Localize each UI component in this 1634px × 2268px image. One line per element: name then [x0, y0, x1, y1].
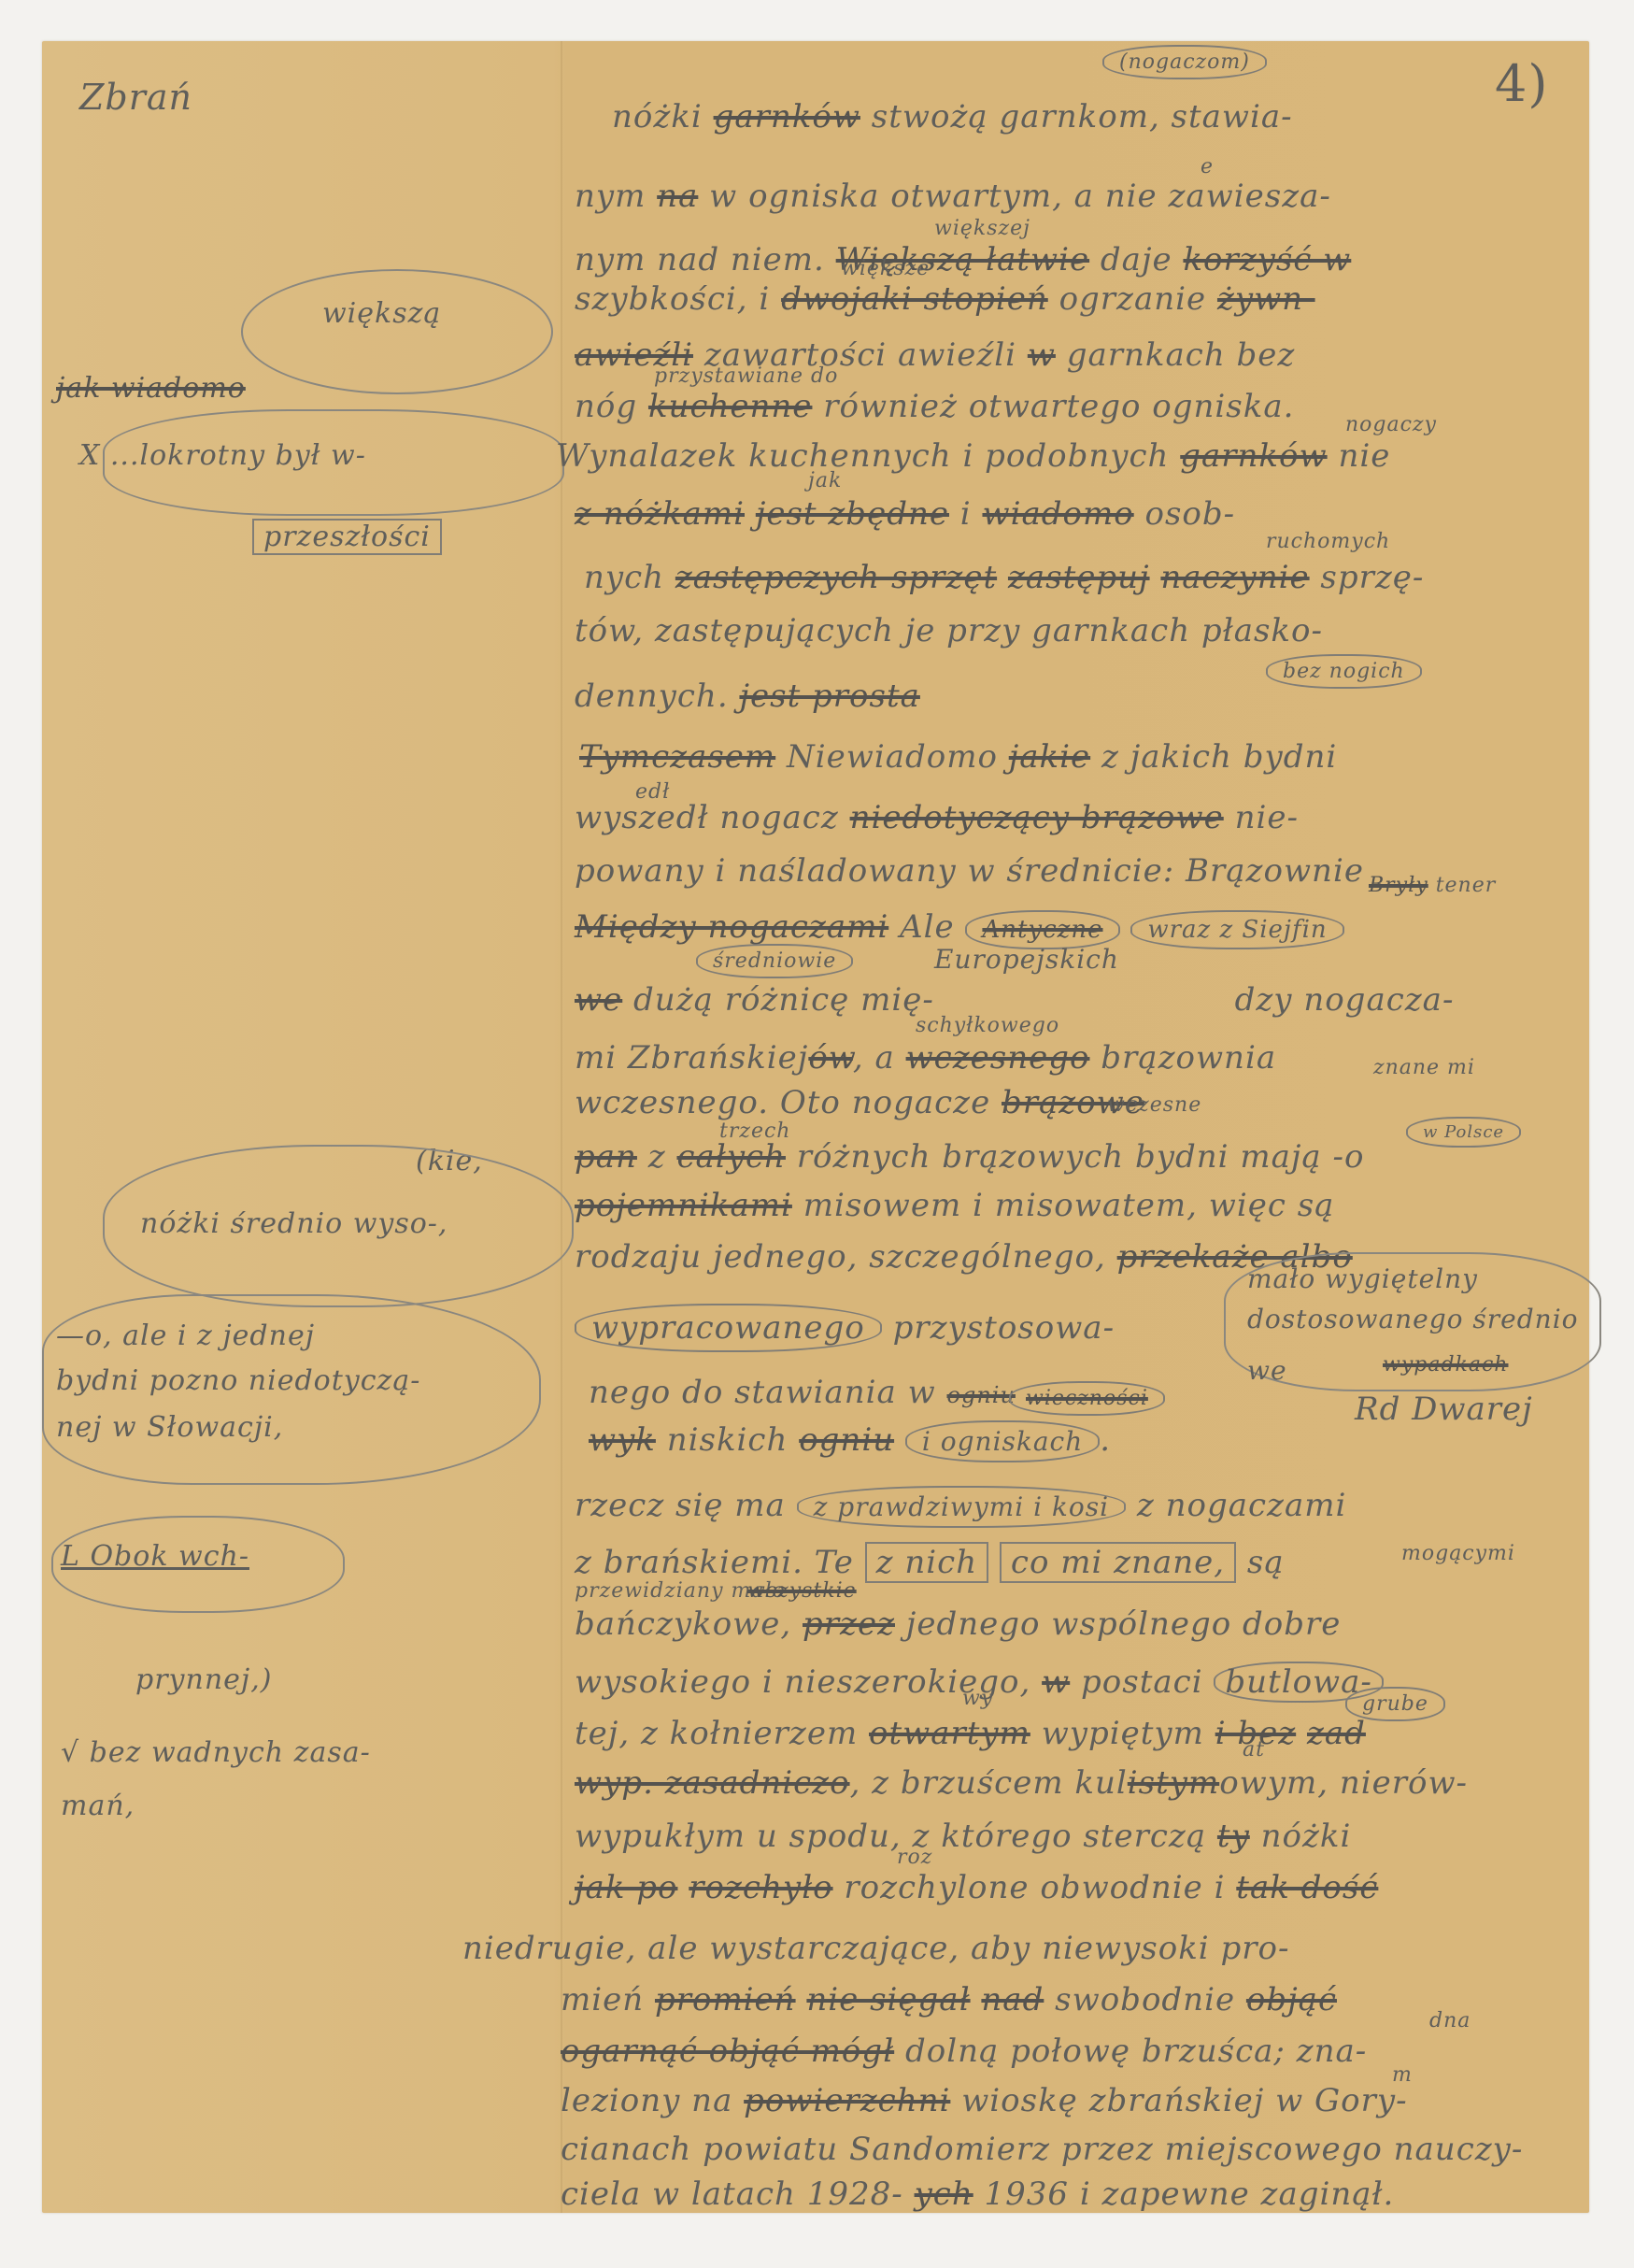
struck-word: istym: [1128, 1764, 1219, 1802]
word: nego do stawiania w: [589, 1374, 936, 1411]
struck-word: w: [1042, 1663, 1070, 1701]
boxed-word: co mi znane,: [1000, 1542, 1236, 1583]
struck-word: korzyść w: [1183, 241, 1351, 278]
struck-word: zastępuj: [1008, 559, 1150, 596]
struck-word: wyk: [589, 1421, 656, 1459]
word: leziony na: [561, 2082, 732, 2119]
text-line: pojemnikami misowem i misowatem, więc są: [575, 1187, 1334, 1224]
struck-insertion: wszystkie: [747, 1579, 857, 1603]
margin-note: —o, ale i z jednej: [56, 1319, 315, 1352]
struck-word: wiadomo: [982, 495, 1133, 533]
text-line: ogarnąć objąć mógł dolną połowę brzuśca;…: [561, 2033, 1367, 2070]
circled-word: wypracowanego: [575, 1304, 882, 1352]
circled-struck-word: wieczności: [1009, 1381, 1165, 1416]
word: Ale: [900, 908, 955, 946]
word: dolną połowę brzuśca; zna-: [905, 2033, 1367, 2070]
text-line: rodzaju jednego, szczególnego, przekaże …: [575, 1238, 1353, 1276]
word: są: [1247, 1544, 1285, 1581]
word: dużą różnicę mię-: [633, 981, 934, 1019]
text-line: mi Zbrańskiejów, a wczesnego brązownia: [575, 1039, 1276, 1077]
word: nóżki: [1261, 1818, 1352, 1855]
text-line: wczesnego. Oto nogacze brązowe: [575, 1084, 1144, 1121]
word: nie: [1338, 437, 1390, 475]
insertion: w Polsce: [1406, 1117, 1521, 1148]
text-line: ciela w latach 1928- ych 1936 i zapewne …: [561, 2175, 1394, 2213]
text-line: wypukłym u spodu, z którego sterczą ty n…: [575, 1818, 1351, 1855]
struck-word: garnków: [714, 98, 860, 136]
page-number: 4): [1495, 54, 1548, 113]
struck-word: garnków: [1180, 437, 1327, 475]
struck-word: nie sięgał: [806, 1981, 970, 2018]
insertion: większe: [841, 257, 930, 280]
text-line: Tymczasem Niewiadomo jakie z jakich bydn…: [579, 738, 1337, 776]
text-line: we dużą różnicę mię- dzy nogacza-: [575, 981, 1454, 1019]
insertion: nogaczy: [1345, 413, 1437, 436]
word: nóg: [575, 388, 637, 425]
insertion: dostosowanego średnio: [1247, 1304, 1579, 1334]
insertion: Europejskich: [934, 944, 1119, 975]
word: nych: [584, 559, 664, 596]
margin-heading: Zbrań: [79, 77, 192, 118]
text-line: mień promień nie sięgał nad swobodnie ob…: [561, 1981, 1337, 2018]
word: i misowatem,: [973, 1187, 1198, 1224]
struck-word: Tymczasem: [579, 738, 775, 776]
word: niskich: [667, 1421, 789, 1459]
word: .: [1100, 1421, 1111, 1459]
struck-word: tak dość: [1236, 1869, 1378, 1906]
struck-word: ów: [808, 1039, 853, 1077]
struck-word: nad: [981, 1981, 1044, 2018]
struck-word: na: [657, 178, 698, 215]
struck-word: pan: [575, 1138, 637, 1176]
insertion: we: [1247, 1355, 1287, 1386]
text-line: szybkości, i dwojaki stopień ogrzanie ży…: [575, 280, 1315, 318]
insertion: znane mi: [1373, 1056, 1475, 1079]
margin-note: X ...lokrotny był w-: [79, 439, 366, 472]
word: mień: [561, 1981, 644, 2018]
insertion: ruchomych: [1266, 530, 1390, 553]
struck-word: ogniu: [799, 1421, 894, 1459]
struck-word: we: [575, 981, 622, 1019]
circled-word: z prawdziwymi i kosi: [797, 1486, 1126, 1528]
word: tener: [1436, 874, 1497, 897]
word: nym: [575, 178, 646, 215]
word: wyszedł nogacz: [575, 799, 839, 836]
text-line: nego do stawiania w ogniu: [589, 1374, 1016, 1411]
word: postaci: [1081, 1663, 1203, 1701]
insertion: jak: [808, 469, 842, 492]
circled-word: i ogniskach: [905, 1420, 1100, 1462]
struck-word: Między nogaczami: [575, 908, 888, 946]
word: misowem: [803, 1187, 962, 1224]
word: również otwartego ogniska.: [823, 388, 1294, 425]
word: 1936 i zapewne zaginął.: [985, 2175, 1395, 2213]
text-line: pan z całych różnych brązowych bydni maj…: [575, 1138, 1364, 1176]
word: ciela w latach 1928-: [561, 2175, 903, 2213]
struck-word: żywn-: [1217, 280, 1315, 318]
margin-note: nej w Słowacji,: [56, 1411, 283, 1444]
insertion: roz: [897, 1846, 932, 1869]
text-line: Wynalazek kuchennych i podobnych garnków…: [556, 437, 1390, 475]
insertion: (nogaczom): [1102, 45, 1267, 79]
text-line: leziony na powierzchni wioskę zbrańskiej…: [561, 2082, 1408, 2119]
circled-word: wraz z Siejfin: [1130, 910, 1343, 949]
struck-word: otwartym: [869, 1715, 1030, 1752]
word: rozchylone obwodnie i: [844, 1869, 1225, 1906]
struck-insertion: wypadkach: [1383, 1353, 1508, 1376]
text-line: niedrugie, ale wystarczające, aby niewys…: [462, 1930, 1289, 1967]
word: mi Zbrańskiej: [575, 1039, 808, 1077]
text-line: nym na w ogniska otwartym, a nie zawiesz…: [575, 178, 1331, 215]
text-line: nym nad niem. Większą łatwie daje korzyś…: [575, 241, 1351, 278]
word: jednego wspólnego dobre: [906, 1605, 1342, 1643]
struck-word: ogarnąć objąć mógł: [561, 2033, 894, 2070]
struck-word: zastępczych sprzęt: [675, 559, 997, 596]
text-line: rzecz się ma z prawdziwymi i kosi z noga…: [575, 1486, 1346, 1528]
insertion: średniowie: [696, 944, 853, 978]
margin-bubble-outline: [241, 269, 553, 394]
word: przystosowa-: [893, 1309, 1115, 1347]
word: nym nad niem.: [575, 241, 825, 278]
word: szybkości, i: [575, 280, 770, 318]
word: owym, nierów-: [1219, 1764, 1468, 1802]
margin-note: prynnej,): [135, 1663, 272, 1696]
word: i: [960, 495, 972, 533]
text-line: wyk niskich ogniu i ogniskach.: [589, 1420, 1111, 1462]
word: z: [648, 1138, 666, 1176]
margin-note-wiekszą: większą: [322, 297, 441, 330]
word: ogrzanie: [1059, 280, 1207, 318]
word: sprzę-: [1320, 559, 1424, 596]
struck-word: jakie: [1009, 738, 1090, 776]
text-line: cianach powiatu Sandomierz przez miejsco…: [561, 2131, 1523, 2168]
word: stwożą garnkom, stawia-: [872, 98, 1293, 136]
word: więc są: [1209, 1187, 1335, 1224]
insertion: e: [1201, 155, 1214, 178]
text-line: tów, zastępujących je przy garnkach płas…: [575, 612, 1323, 649]
struck-word: kuchenne: [648, 388, 812, 425]
struck-word: naczynie: [1160, 559, 1309, 596]
word: garnkach bez: [1067, 336, 1296, 374]
word: różnych brązowych bydni: [797, 1138, 1229, 1176]
word: wczesnego. Oto nogacze: [575, 1084, 990, 1121]
word: dzy nogacza-: [1235, 981, 1455, 1019]
word: , a: [853, 1039, 895, 1077]
struck-word: ogniu: [947, 1382, 1016, 1408]
text-line: wypracowanego przystosowa-: [575, 1304, 1115, 1352]
word: z brańskiemi. Te: [575, 1544, 854, 1581]
text-line: nóg kuchenne również otwartego ogniska.: [575, 388, 1294, 425]
struck-word: pojemnikami: [575, 1187, 792, 1224]
insertion: wczesne: [1107, 1093, 1201, 1117]
margin-note-boxed: przeszłości: [252, 519, 442, 555]
word: Wynalazek kuchennych i podobnych: [556, 437, 1169, 475]
struck-word: Bryły: [1369, 874, 1428, 897]
word: nie-: [1235, 799, 1299, 836]
word: w ogniska otwartym, a nie zawiesza-: [709, 178, 1331, 215]
insertion: mało wygiętelny: [1247, 1263, 1478, 1294]
word: z jakich bydni: [1101, 738, 1337, 776]
insertion: większej: [934, 217, 1030, 240]
margin-note: bydni pozno niedotyczą-: [56, 1364, 420, 1397]
struck-word: w: [1028, 336, 1056, 374]
struck-word: zad: [1307, 1715, 1366, 1752]
insertion: at: [1243, 1738, 1265, 1762]
paper-fold-line: [561, 41, 562, 2213]
struck-word: niedotyczący brązowe: [850, 799, 1224, 836]
word: osob-: [1145, 495, 1236, 533]
word: wioskę zbrańskiej w Gory-: [961, 2082, 1407, 2119]
word: brązownia: [1101, 1039, 1276, 1077]
text-line: dennych. jest prosta: [575, 678, 920, 715]
struck-word: wczesnego: [906, 1039, 1090, 1077]
struck-word: jak po: [575, 1869, 677, 1906]
word: wypukłym u spodu, z którego sterczą: [575, 1818, 1206, 1855]
struck-word: jest zbędne: [756, 495, 949, 533]
margin-note: mań,: [61, 1790, 135, 1822]
word: rodzaju jednego, szczególnego,: [575, 1238, 1106, 1276]
struck-word: ych: [915, 2175, 973, 2213]
struck-word: rozchyło: [689, 1869, 832, 1906]
insertion: dna: [1429, 2009, 1471, 2033]
word: bańczykowe,: [575, 1605, 791, 1643]
text-line: nóżki garnków stwożą garnkom, stawia-: [612, 98, 1293, 136]
text-line: z nóżkami jest zbędne i wiadomo osob-: [575, 495, 1235, 533]
struck-word: dwojaki stopień: [781, 280, 1048, 318]
struck-word: objąć: [1246, 1981, 1337, 2018]
insertion: przystawiane do: [654, 364, 838, 388]
word: dennych.: [575, 678, 729, 715]
margin-note: L Obok wch-: [61, 1540, 249, 1573]
struck-word: całych: [676, 1138, 785, 1176]
text-line: z brańskiemi. Te z nich co mi znane, są: [575, 1542, 1285, 1583]
insertion: Bryły tener: [1369, 874, 1496, 897]
struck-word: przez: [803, 1605, 895, 1643]
margin-note-struck: jak wiadomo: [56, 372, 246, 405]
margin-note: √ bez wadnych zasa-: [61, 1736, 371, 1769]
boxed-word: z nich: [865, 1542, 988, 1583]
struck-word: jest prosta: [739, 678, 919, 715]
text-line: Rd Dwarej: [1355, 1391, 1533, 1428]
word: daje: [1101, 241, 1172, 278]
text-line: powany i naśladowany w średnicie: Brązow…: [575, 852, 1364, 890]
word: z nogaczami: [1137, 1487, 1346, 1524]
margin-note: nóżki średnio wyso-,: [140, 1207, 448, 1240]
insertion: wy: [962, 1687, 993, 1710]
word: Niewiadomo: [787, 738, 998, 776]
word: swobodnie: [1055, 1981, 1235, 2018]
text-line: wyp. zasadniczo, z brzuścem kulistymowym…: [575, 1764, 1468, 1802]
insertion: mogącymi: [1401, 1542, 1515, 1565]
struck-word: powierzchni: [744, 2082, 950, 2119]
word: nóżki: [612, 98, 703, 136]
text-line: nych zastępczych sprzęt zastępuj naczyni…: [584, 559, 1424, 596]
struck-word: z nóżkami: [575, 495, 745, 533]
insertion: bez nogich: [1266, 654, 1422, 689]
text-line: jak po rozchyło rozchylone obwodnie i ta…: [575, 1869, 1378, 1906]
struck-word: wyp. zasadniczo: [575, 1764, 850, 1802]
struck-word: ty: [1217, 1818, 1250, 1855]
word: , z brzuścem kul: [850, 1764, 1128, 1802]
text-line: wyszedł nogacz niedotyczący brązowe nie-: [575, 799, 1299, 836]
word: mają -o: [1240, 1138, 1364, 1176]
insertion: schyłkowego: [916, 1014, 1059, 1037]
struck-word: promień: [655, 1981, 796, 2018]
text-line: bańczykowe, przez jednego wspólnego dobr…: [575, 1605, 1341, 1643]
word: tej, z kołnierzem: [575, 1715, 858, 1752]
word: wypiętym: [1042, 1715, 1204, 1752]
word: rzecz się ma: [575, 1487, 786, 1524]
